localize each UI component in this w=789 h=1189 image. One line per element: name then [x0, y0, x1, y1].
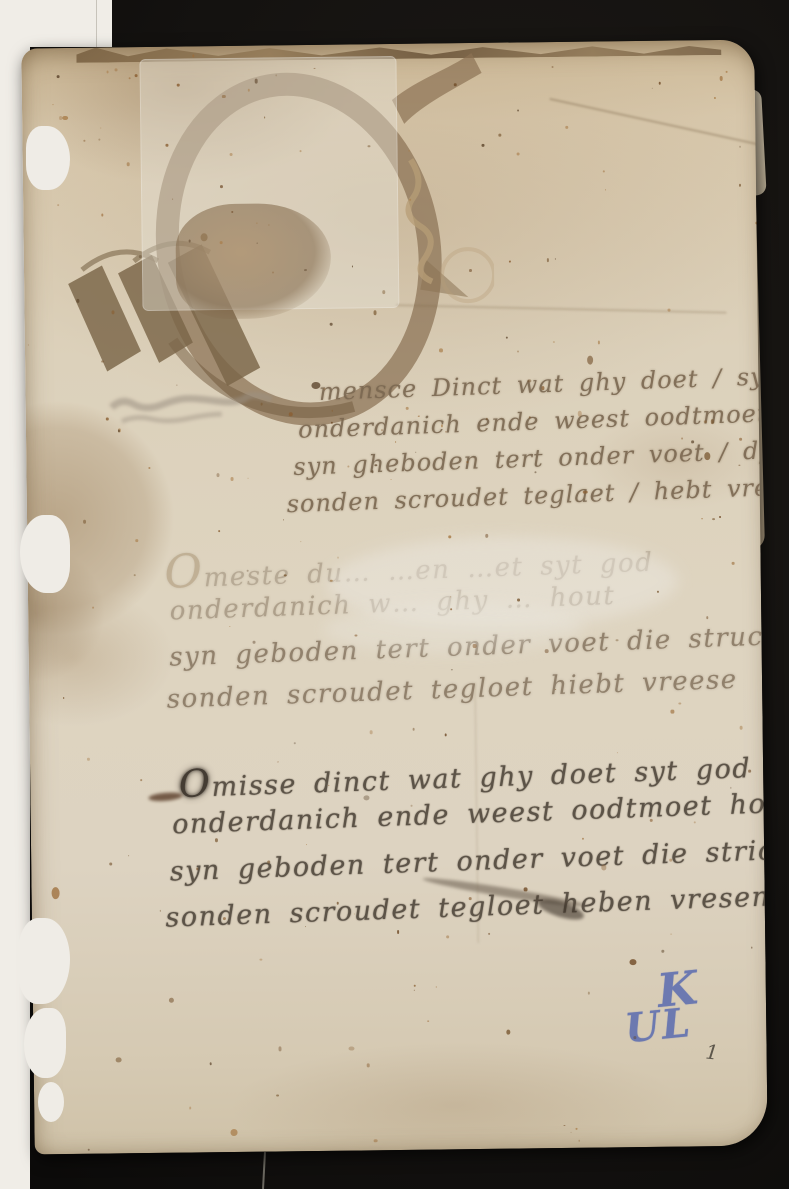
crease-line-corner: [549, 98, 759, 146]
ink-blot-dash: [148, 791, 183, 802]
faded-marginal-note: [107, 379, 283, 429]
handwritten-line: syn geboden tert onder voet die stricken: [169, 833, 767, 887]
manuscript-photograph: mensce Dinct wat ghy doet / syt g onderd…: [0, 0, 789, 1189]
edge-damage-hole: [24, 1008, 66, 1078]
backing-sheet-edge-line: [96, 0, 97, 47]
stamp-letters-ul: UL: [623, 1006, 702, 1045]
mat-corner-line: [262, 1152, 266, 1189]
folio-number: 1: [704, 1040, 719, 1065]
edge-damage-hole: [26, 126, 70, 190]
handwritten-line: sonden scroudet teglaet / hebt vrees: [286, 472, 768, 518]
edge-damage-hole: [38, 1082, 64, 1122]
handwritten-line: sonden scroudet tegloet hiebt vreese: [166, 665, 738, 715]
library-stamp-kul: K UL: [620, 970, 702, 1044]
parchment-page: mensce Dinct wat ghy doet / syt g onderd…: [21, 40, 767, 1155]
edge-damage-hole: [20, 515, 70, 593]
